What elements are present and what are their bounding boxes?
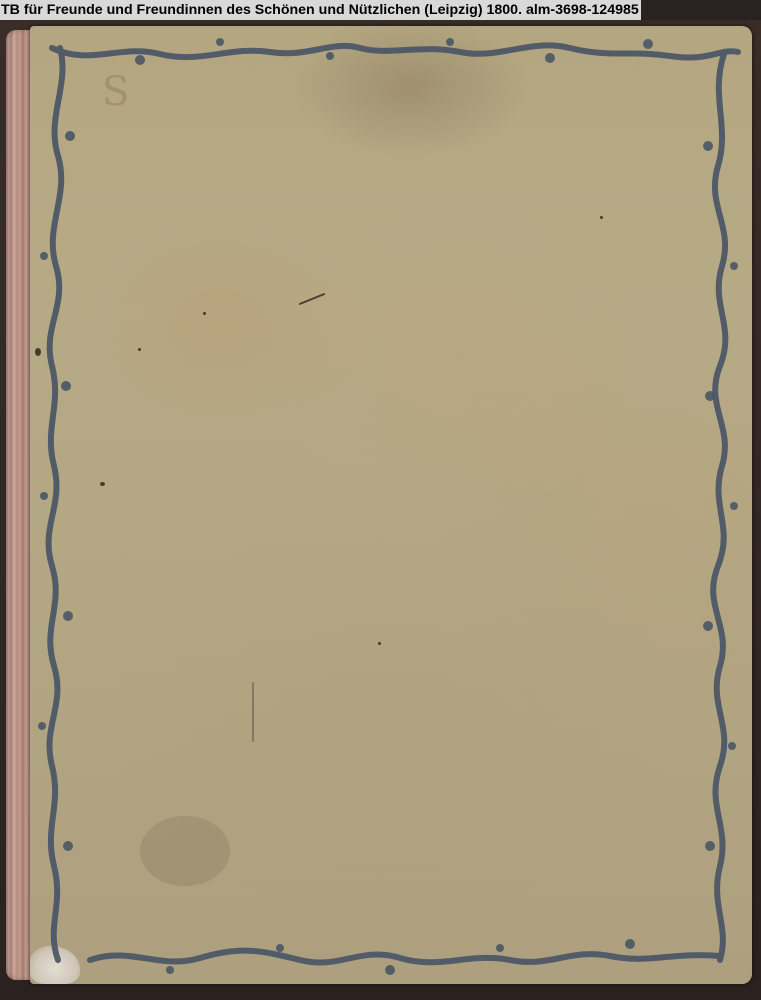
- image-caption: TB für Freunde und Freundinnen des Schön…: [0, 0, 641, 20]
- book-cover: S: [30, 26, 752, 984]
- ornamental-border-icon: [30, 26, 752, 984]
